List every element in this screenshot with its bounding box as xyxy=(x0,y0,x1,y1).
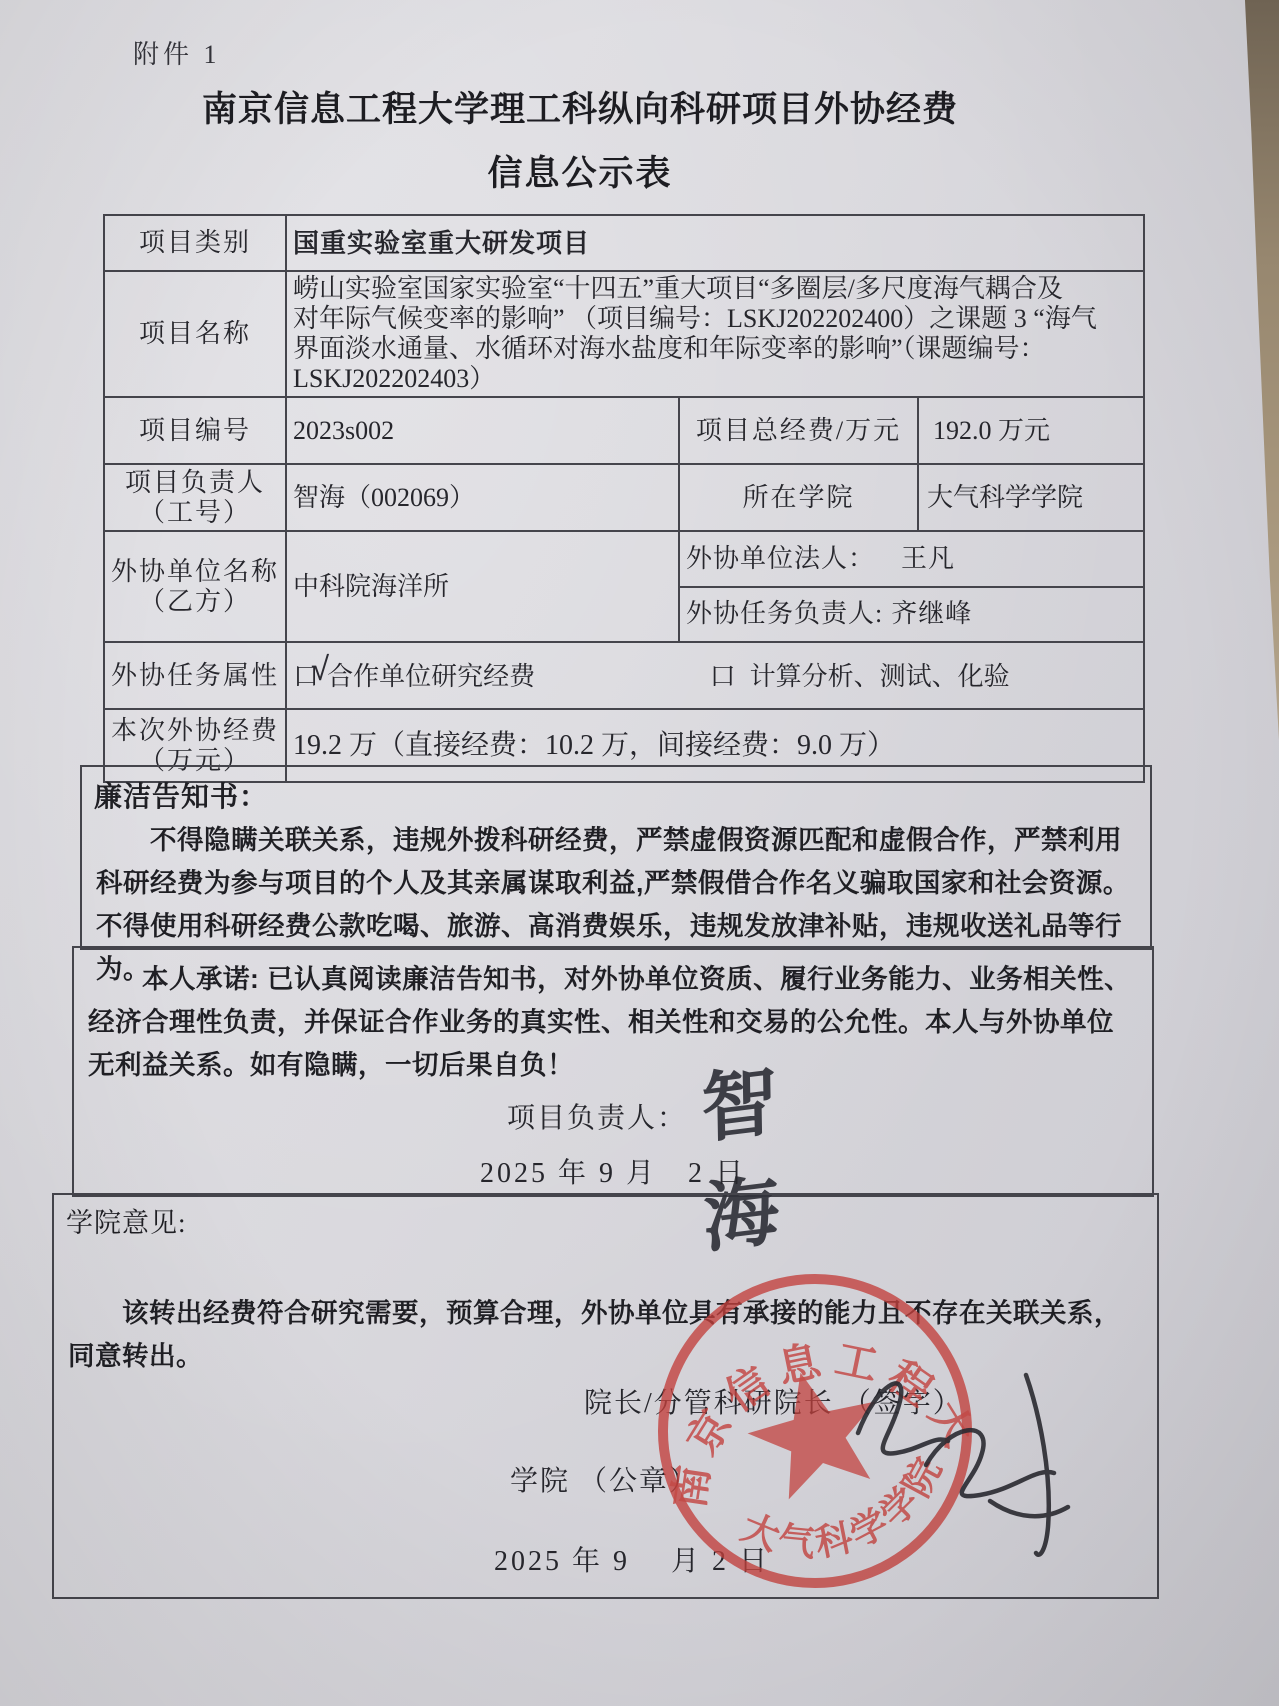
college-value: 大气科学学院 xyxy=(918,464,1144,531)
college-label: 所在学院 xyxy=(679,464,918,531)
commitment-body: 本人承诺: 已认真阅读廉洁告知书，对外协单位资质、履行业务能力、业务相关性、 经… xyxy=(88,958,1138,1087)
leader-signature-label: 项目负责人： xyxy=(507,1103,687,1134)
document-title-line1: 南京信息工程大学理工科纵向科研项目外协经费 xyxy=(0,82,1160,132)
desk-background-edge xyxy=(1233,0,1279,740)
project-number-value: 2023s002 xyxy=(286,397,679,464)
project-name-label: 项目名称 xyxy=(104,271,286,397)
attachment-label: 附件 1 xyxy=(133,34,221,71)
checkmark-handwritten: √ xyxy=(311,650,329,687)
scribble-stroke-2 xyxy=(926,1430,1054,1496)
scribble-stroke-4 xyxy=(990,1501,1068,1516)
total-fund-value: 192.0 万元 xyxy=(918,397,1144,464)
table-row-project-name: 项目名称 崂山实验室国家实验室“十四五”重大项目“多圈层/多尺度海气耦合及 对年… xyxy=(104,271,1144,397)
project-name-value: 崂山实验室国家实验室“十四五”重大项目“多圈层/多尺度海气耦合及 对年际气候变率… xyxy=(286,271,1144,397)
table-row-category: 项目类别 国重实验室重大研发项目 xyxy=(104,215,1144,271)
scribble-stroke-1 xyxy=(858,1383,948,1453)
category-value: 国重实验室重大研发项目 xyxy=(286,215,1144,271)
partner-label: 外协单位名称 （乙方） xyxy=(104,531,286,642)
partner-task-leader-label: 外协任务负责人: xyxy=(686,599,883,628)
checkbox-option2: 口 xyxy=(710,662,736,691)
leader-label: 项目负责人 （工号） xyxy=(104,464,286,531)
personal-commitment-box: 本人承诺: 已认真阅读廉洁告知书，对外协单位资质、履行业务能力、业务相关性、 经… xyxy=(72,946,1154,1197)
total-fund-label: 项目总经费/万元 xyxy=(679,397,918,464)
leader-signature-row: 项目负责人： 智海 xyxy=(507,1096,687,1136)
partner-legal-cell: 外协单位法人：王凡 xyxy=(679,531,1144,587)
document-title-line2: 信息公示表 xyxy=(0,146,1160,196)
table-row-project-number: 项目编号 2023s002 项目总经费/万元 192.0 万元 xyxy=(104,397,1144,464)
project-info-table: 项目类别 国重实验室重大研发项目 项目名称 崂山实验室国家实验室“十四五”重大项… xyxy=(103,214,1145,783)
integrity-heading: 廉洁告知书： xyxy=(94,775,1150,815)
integrity-notice-box: 廉洁告知书： 不得隐瞒关联关系，违规外拨科研经费，严禁虚假资源匹配和虚假合作，严… xyxy=(80,765,1152,950)
task-attr-option1: 口√合作单位研究经费 xyxy=(293,662,535,691)
project-number-label: 项目编号 xyxy=(104,397,286,464)
task-attr-option1-label: 合作单位研究经费 xyxy=(327,662,535,691)
task-attr-label: 外协任务属性 xyxy=(104,642,286,709)
scribble-stroke-3 xyxy=(1026,1375,1049,1555)
task-attr-option2: 口计算分析、测试、化验 xyxy=(710,662,1010,691)
task-attr-option2-label: 计算分析、测试、化验 xyxy=(750,662,1010,691)
scanned-paper: 附件 1 南京信息工程大学理工科纵向科研项目外协经费 信息公示表 项目类别 国重… xyxy=(0,0,1279,1706)
college-opinion-heading: 学院意见: xyxy=(66,1201,1157,1240)
leader-value: 智海（002069） xyxy=(286,464,679,531)
task-attr-options: 口√合作单位研究经费 口计算分析、测试、化验 xyxy=(286,642,1144,709)
table-row-leader: 项目负责人 （工号） 智海（002069） 所在学院 大气科学学院 xyxy=(104,464,1144,531)
table-row-partner: 外协单位名称 （乙方） 中科院海洋所 外协单位法人：王凡 xyxy=(104,531,1144,587)
category-label: 项目类别 xyxy=(104,215,286,271)
commitment-date: 2025 年 9 月 2 日 xyxy=(74,1151,1152,1191)
partner-task-leader-cell: 外协任务负责人:齐继峰 xyxy=(679,587,1144,643)
partner-task-leader-value: 齐继峰 xyxy=(891,599,972,628)
college-opinion-box: 学院意见: 该转出经费符合研究需要，预算合理，外协单位具有承接的能力且不存在关联… xyxy=(52,1193,1159,1599)
dean-signature-scribble xyxy=(830,1315,1110,1575)
partner-value: 中科院海洋所 xyxy=(286,531,679,642)
table-row-task-attr: 外协任务属性 口√合作单位研究经费 口计算分析、测试、化验 xyxy=(104,642,1144,709)
partner-legal-label: 外协单位法人： xyxy=(686,544,875,573)
partner-legal-value: 王凡 xyxy=(901,544,955,573)
